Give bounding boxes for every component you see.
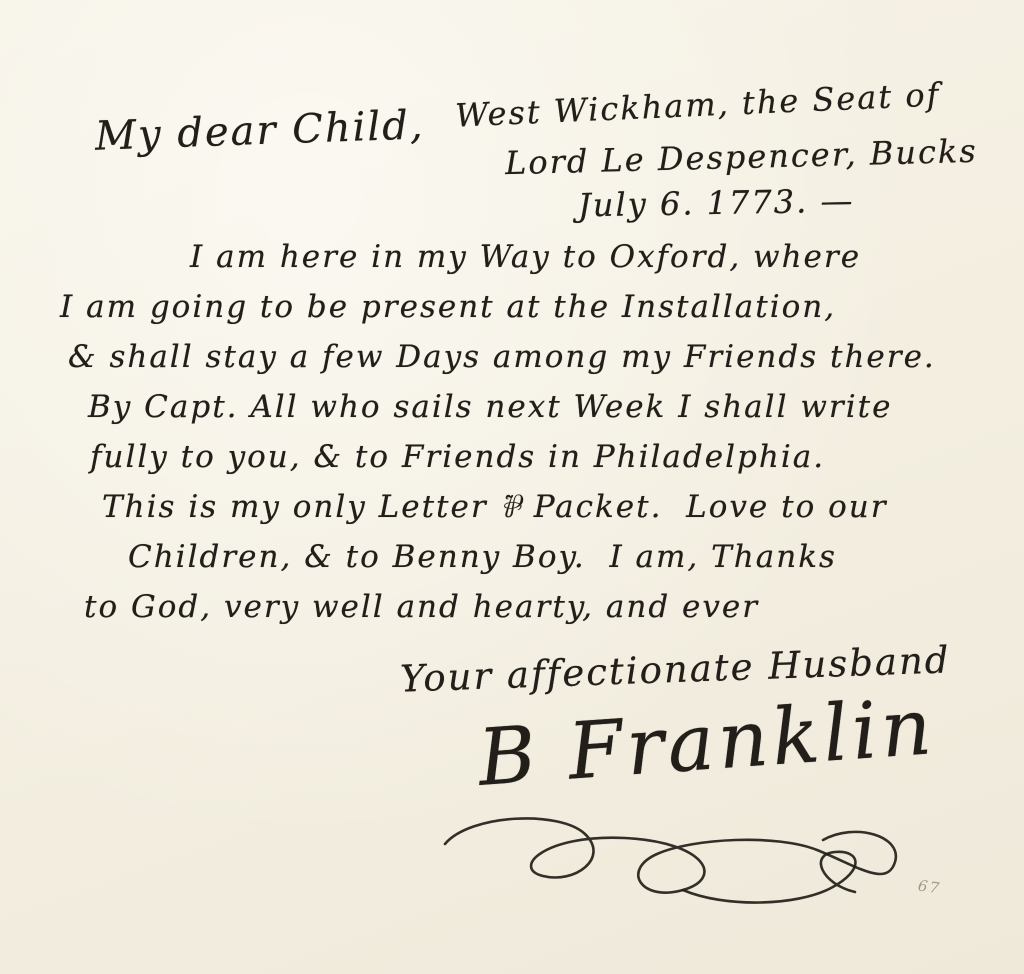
body-line: I am going to be present at the Installa… <box>60 282 990 332</box>
heading-estate-line: Lord Le Despencer, Bucks <box>505 132 979 182</box>
body-line: fully to you, & to Friends in Philadelph… <box>90 432 990 482</box>
letter-page: My dear Child, West Wickham, the Seat of… <box>0 0 1024 974</box>
body-line: By Capt. All who sails next Week I shall… <box>88 382 990 432</box>
body-line: I am here in my Way to Oxford, where <box>190 232 990 282</box>
letter-body: I am here in my Way to Oxford, where I a… <box>60 232 990 632</box>
signature: B Franklin <box>475 682 938 804</box>
body-line: This is my only Letter ⅌ Packet. Love to… <box>102 482 990 532</box>
signature-flourish <box>425 792 915 912</box>
body-line: to God, very well and hearty, and ever <box>84 582 990 632</box>
heading-date-line: July 6. 1773. — <box>578 182 855 225</box>
body-line: Children, & to Benny Boy. I am, Thanks <box>128 532 990 582</box>
heading-place-line: West Wickham, the Seat of <box>454 75 941 134</box>
letter-heading: West Wickham, the Seat of Lord Le Despen… <box>0 0 1024 240</box>
body-line: & shall stay a few Days among my Friends… <box>68 332 990 382</box>
page-mark: 67 <box>917 876 942 897</box>
